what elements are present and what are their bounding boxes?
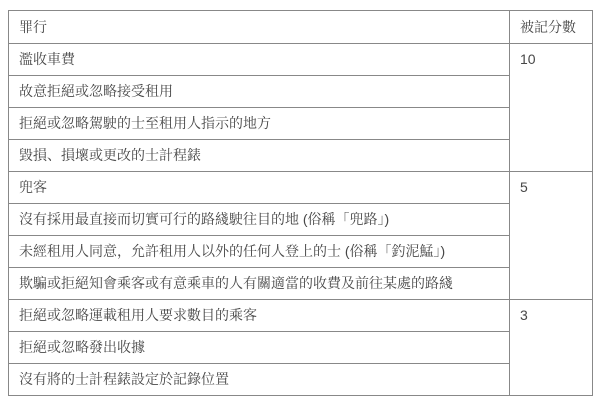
table-row: 濫收車費 10	[9, 44, 593, 76]
table-row: 未經租用人同意，允許租用人以外的任何人登上的士 (俗稱「釣泥鯭」)	[9, 236, 593, 268]
offence-cell: 毀損、損壞或更改的士計程錶	[9, 140, 510, 172]
offence-cell: 拒絕或忽略運載租用人要求數目的乘客	[9, 300, 510, 332]
header-row: 罪行 被記分數	[9, 11, 593, 44]
offence-points-table: 罪行 被記分數 濫收車費 10 故意拒絕或忽略接受租用 拒絕或忽略駕駛的士至租用…	[8, 10, 593, 396]
table-row: 沒有將的士計程錶設定於記錄位置	[9, 364, 593, 396]
table-row: 拒絕或忽略發出收據	[9, 332, 593, 364]
offence-cell: 兜客	[9, 172, 510, 204]
offence-cell: 拒絕或忽略駕駛的士至租用人指示的地方	[9, 108, 510, 140]
offence-points-table-container: 罪行 被記分數 濫收車費 10 故意拒絕或忽略接受租用 拒絕或忽略駕駛的士至租用…	[8, 10, 593, 396]
offence-cell: 拒絕或忽略發出收據	[9, 332, 510, 364]
table-row: 欺騙或拒絕知會乘客或有意乘車的人有關適當的收費及前往某處的路綫	[9, 268, 593, 300]
table-row: 毀損、損壞或更改的士計程錶	[9, 140, 593, 172]
offence-cell: 濫收車費	[9, 44, 510, 76]
table-row: 拒絕或忽略運載租用人要求數目的乘客 3	[9, 300, 593, 332]
offence-cell: 沒有將的士計程錶設定於記錄位置	[9, 364, 510, 396]
offence-cell: 欺騙或拒絕知會乘客或有意乘車的人有關適當的收費及前往某處的路綫	[9, 268, 510, 300]
column-header-offence: 罪行	[9, 11, 510, 44]
table-row: 故意拒絕或忽略接受租用	[9, 76, 593, 108]
points-cell: 5	[510, 172, 593, 300]
points-cell: 10	[510, 44, 593, 172]
points-cell: 3	[510, 300, 593, 396]
offence-cell: 故意拒絕或忽略接受租用	[9, 76, 510, 108]
offence-cell: 沒有採用最直接而切實可行的路綫駛往目的地 (俗稱「兜路」)	[9, 204, 510, 236]
table-row: 拒絕或忽略駕駛的士至租用人指示的地方	[9, 108, 593, 140]
table-row: 沒有採用最直接而切實可行的路綫駛往目的地 (俗稱「兜路」)	[9, 204, 593, 236]
table-row: 兜客 5	[9, 172, 593, 204]
column-header-points: 被記分數	[510, 11, 593, 44]
offence-cell: 未經租用人同意，允許租用人以外的任何人登上的士 (俗稱「釣泥鯭」)	[9, 236, 510, 268]
